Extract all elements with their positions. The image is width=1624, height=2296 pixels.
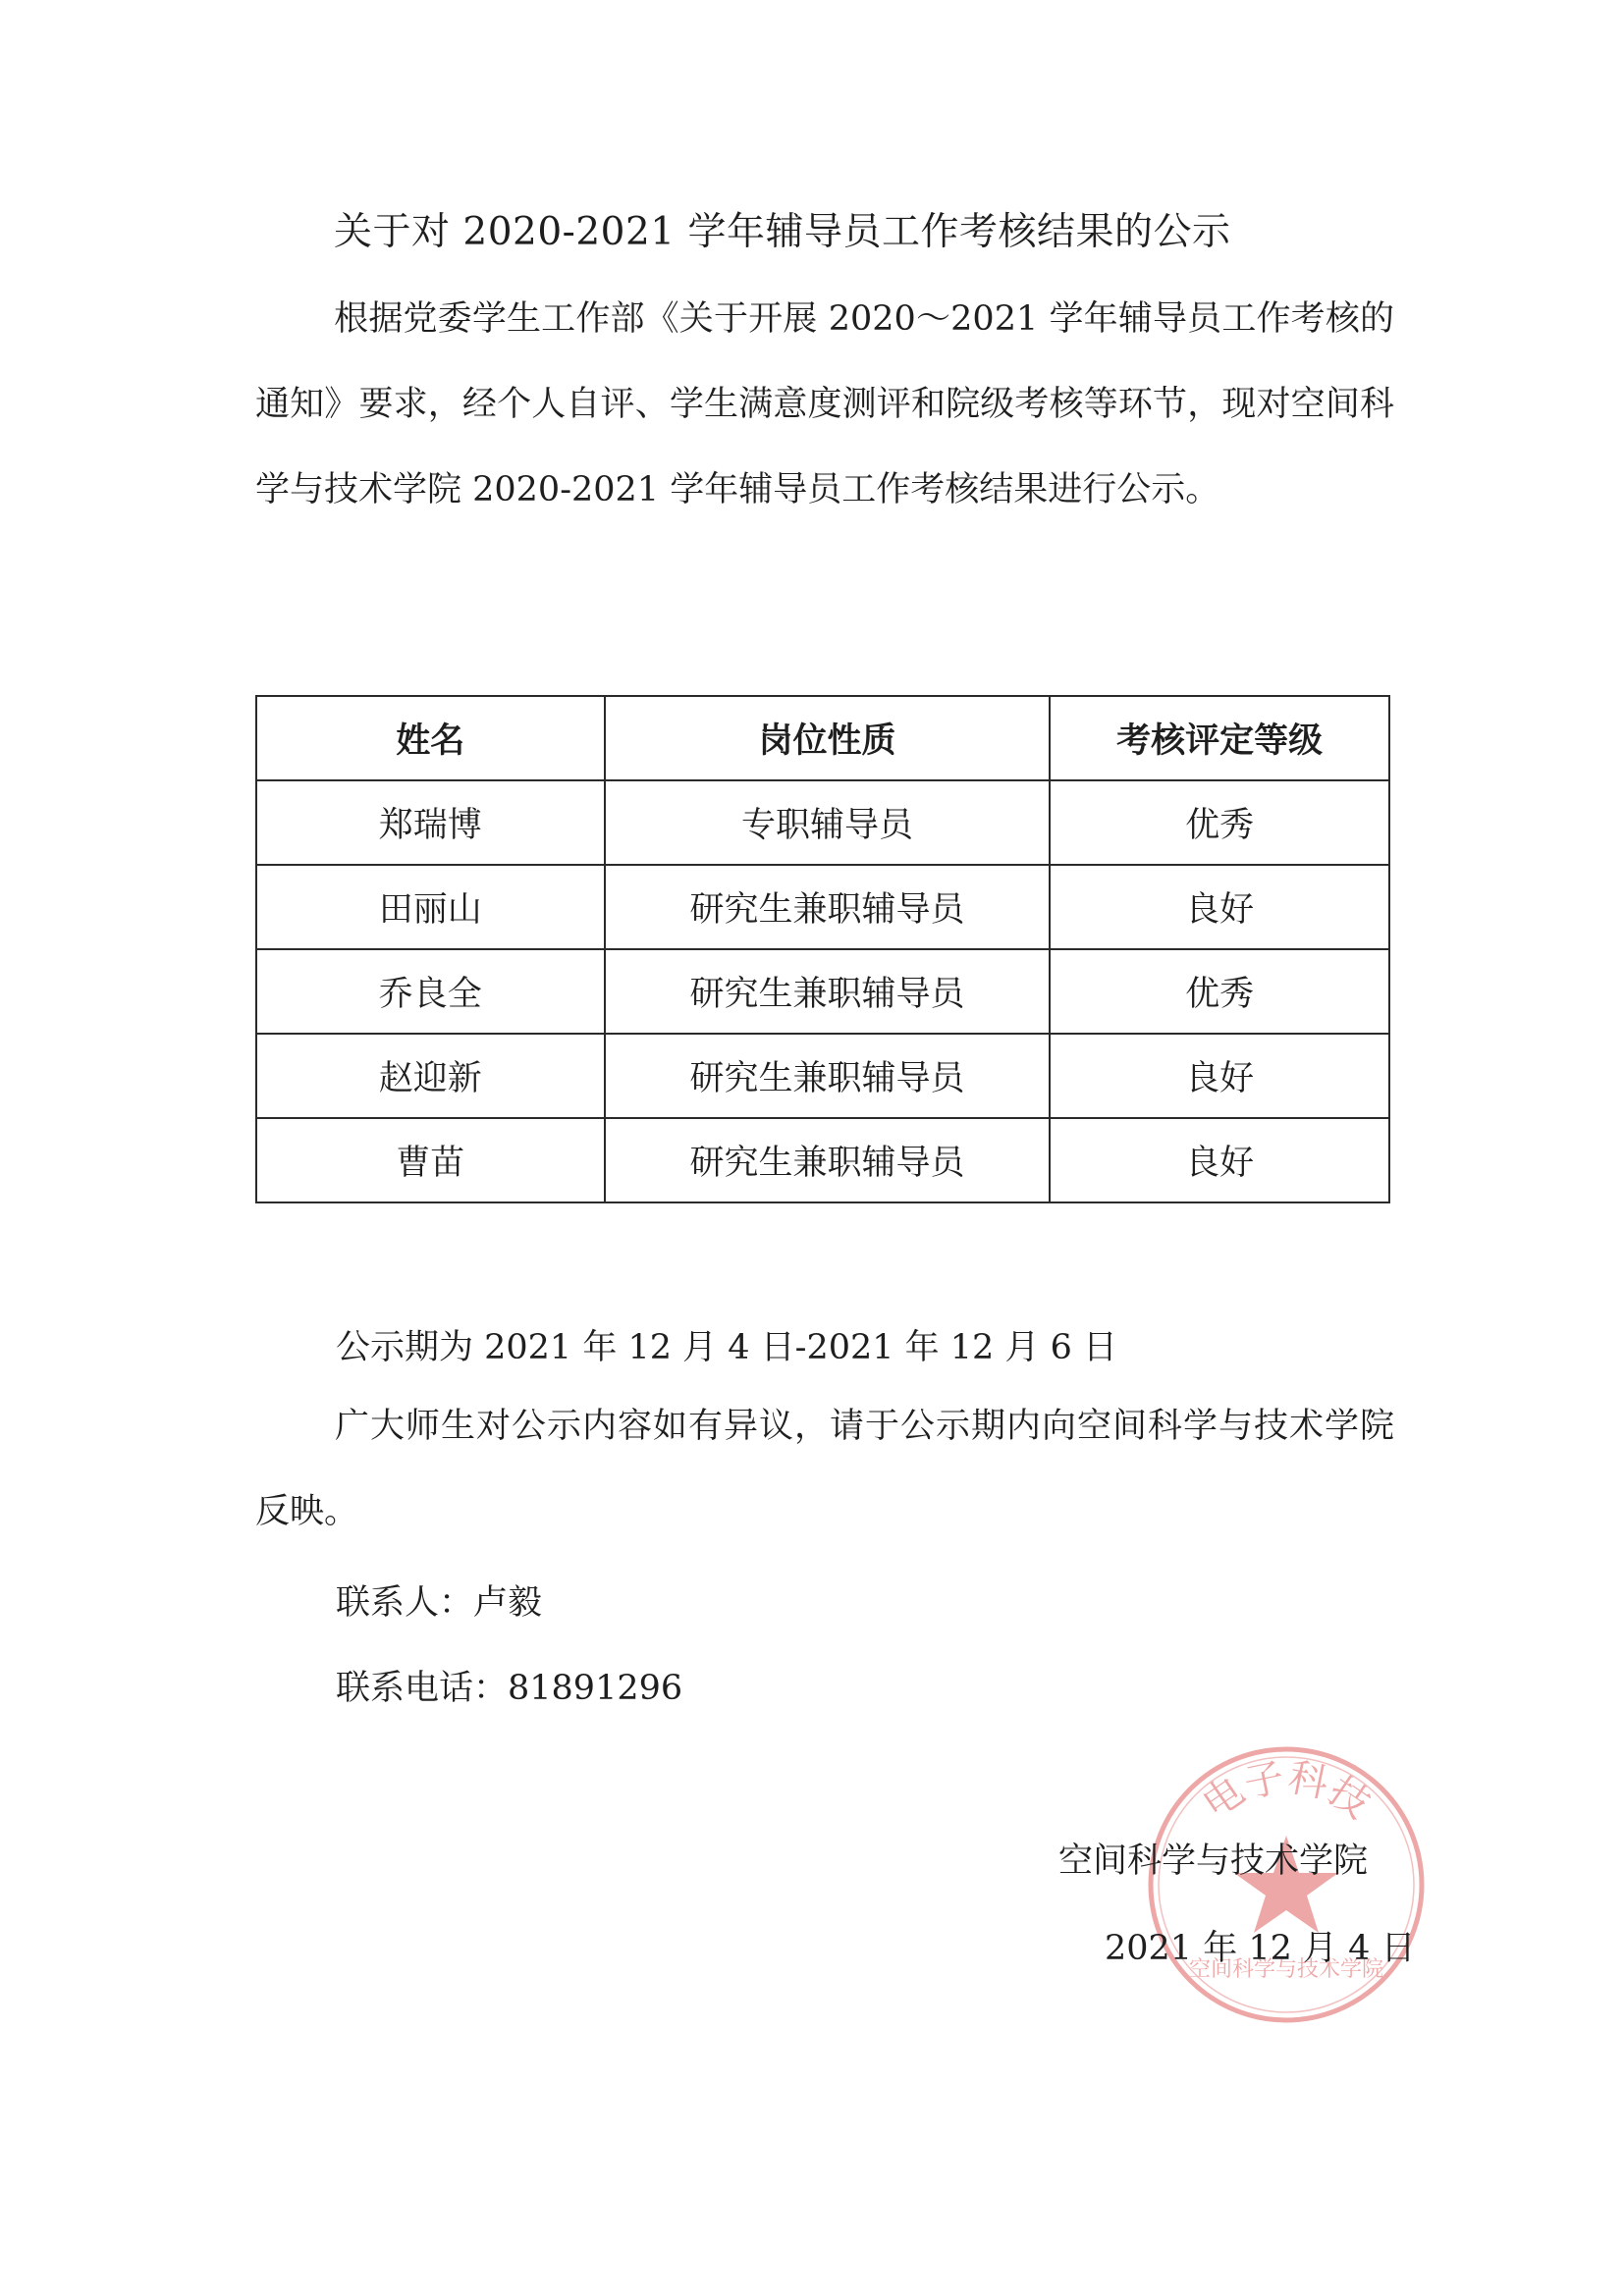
cell-name: 乔良全 (256, 949, 605, 1034)
table-row: 乔良全 研究生兼职辅导员 优秀 (256, 949, 1389, 1034)
header-name: 姓名 (256, 696, 605, 780)
cell-name: 曹苗 (256, 1118, 605, 1202)
official-seal-icon: 电子科技 空间科学与技术学院 (1144, 1742, 1429, 2027)
publicity-period: 公示期为 2021 年 12 月 4 日-2021 年 12 月 6 日 (336, 1320, 1117, 1369)
signature-date: 2021 年 12 月 4 日 (1105, 1921, 1416, 1970)
header-grade: 考核评定等级 (1050, 696, 1389, 780)
table-header-row: 姓名 岗位性质 考核评定等级 (256, 696, 1389, 780)
cell-position: 研究生兼职辅导员 (605, 949, 1051, 1034)
document-title: 关于对 2020-2021 学年辅导员工作考核结果的公示 (334, 201, 1316, 256)
table-row: 曹苗 研究生兼职辅导员 良好 (256, 1118, 1389, 1202)
contact-phone: 联系电话：81891296 (336, 1661, 682, 1710)
cell-name: 郑瑞博 (256, 780, 605, 865)
cell-name: 赵迎新 (256, 1034, 605, 1118)
cell-name: 田丽山 (256, 865, 605, 949)
cell-position: 研究生兼职辅导员 (605, 1118, 1051, 1202)
table-row: 赵迎新 研究生兼职辅导员 良好 (256, 1034, 1389, 1118)
cell-grade: 优秀 (1050, 949, 1389, 1034)
objection-text: 广大师生对公示内容如有异议，请于公示期内向空间科学与技术学院反映。 (255, 1407, 1394, 1531)
results-table: 姓名 岗位性质 考核评定等级 郑瑞博 专职辅导员 优秀 田丽山 研究生兼职辅导员… (255, 695, 1390, 1203)
signature-org: 空间科学与技术学院 (1058, 1834, 1368, 1883)
cell-grade: 良好 (1050, 865, 1389, 949)
cell-position: 研究生兼职辅导员 (605, 865, 1051, 949)
intro-text: 根据党委学生工作部《关于开展 2020～2021 学年辅导员工作考核的通知》要求… (255, 299, 1394, 509)
cell-grade: 良好 (1050, 1118, 1389, 1202)
contact-person: 联系人：卢毅 (336, 1575, 542, 1625)
table-row: 田丽山 研究生兼职辅导员 良好 (256, 865, 1389, 949)
intro-paragraph: 根据党委学生工作部《关于开展 2020～2021 学年辅导员工作考核的通知》要求… (255, 277, 1394, 533)
cell-grade: 优秀 (1050, 780, 1389, 865)
header-position: 岗位性质 (605, 696, 1051, 780)
cell-grade: 良好 (1050, 1034, 1389, 1118)
table-row: 郑瑞博 专职辅导员 优秀 (256, 780, 1389, 865)
objection-paragraph: 广大师生对公示内容如有异议，请于公示期内向空间科学与技术学院反映。 (255, 1384, 1394, 1555)
cell-position: 研究生兼职辅导员 (605, 1034, 1051, 1118)
cell-position: 专职辅导员 (605, 780, 1051, 865)
